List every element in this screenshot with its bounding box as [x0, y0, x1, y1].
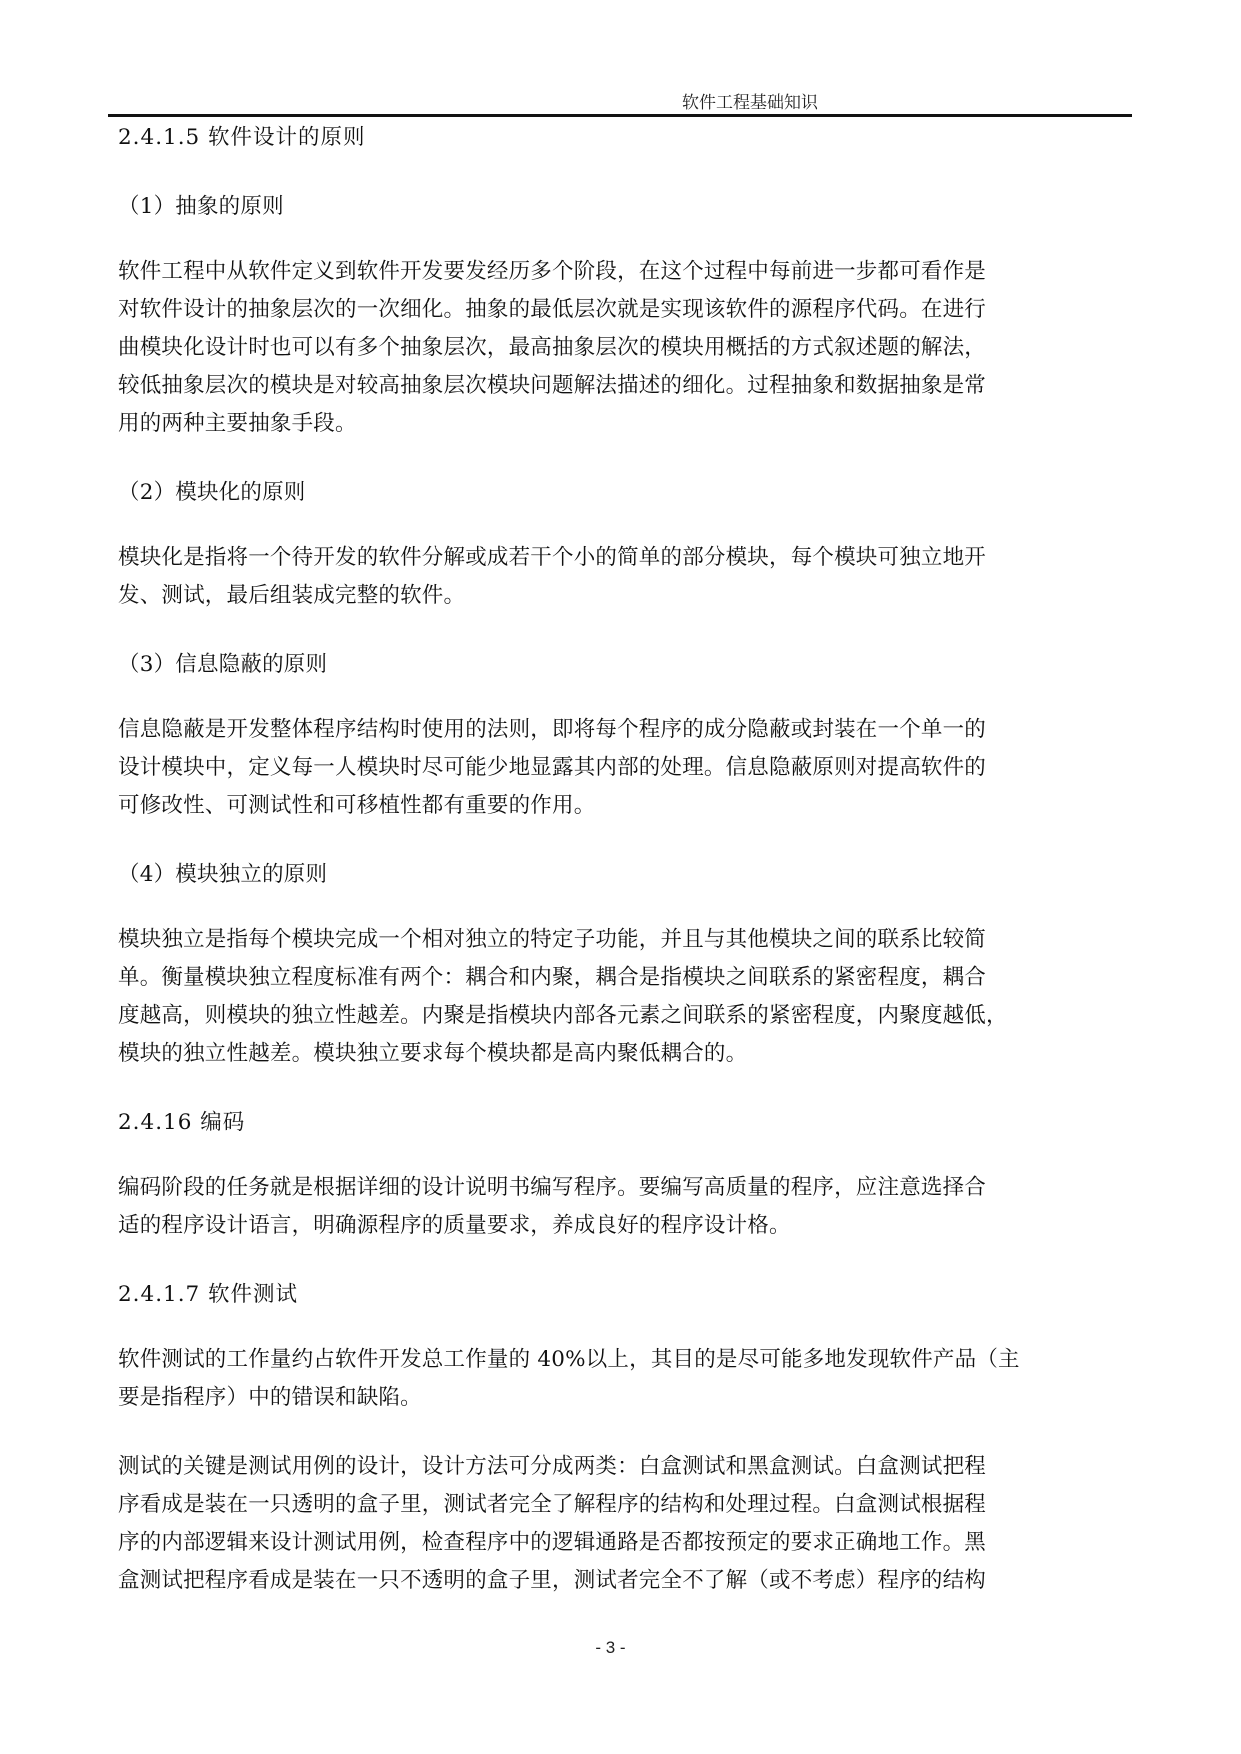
paragraph-line: 模块化是指将一个待开发的软件分解或成若干个小的简单的部分模块，每个模块可独立地开	[118, 543, 986, 573]
subheading-information-hiding: （3）信息隐蔽的原则	[118, 650, 327, 680]
paragraph-line: 设计模块中，定义每一人模块时尽可能少地显露其内部的处理。信息隐蔽原则对提高软件的	[118, 753, 986, 783]
page-number: - 3 -	[595, 1638, 625, 1658]
page-footer: - 3 -	[0, 1638, 1241, 1658]
paragraph-line: 发、测试，最后组装成完整的软件。	[118, 581, 465, 611]
paragraph-line: 度越高，则模块的独立性越差。内聚是指模块内部各元素之间联系的紧密程度，内聚度越低…	[118, 1001, 1008, 1031]
paragraph-line: 用的两种主要抽象手段。	[118, 409, 357, 439]
header-title: 软件工程基础知识	[682, 88, 818, 113]
paragraph-line: 软件测试的工作量约占软件开发总工作量的 40%以上，其目的是尽可能多地发现软件产…	[118, 1345, 1020, 1375]
paragraph-line: 软件工程中从软件定义到软件开发要发经历多个阶段，在这个过程中每前进一步都可看作是	[118, 257, 986, 287]
subheading-modularity: （2）模块化的原则	[118, 478, 305, 508]
paragraph-line: 要是指程序）中的错误和缺陷。	[118, 1383, 422, 1413]
paragraph-line: 信息隐蔽是开发整体程序结构时使用的法则，即将每个程序的成分隐蔽或封装在一个单一的	[118, 715, 986, 745]
paragraph-line: 模块的独立性越差。模块独立要求每个模块都是高内聚低耦合的。	[118, 1039, 747, 1069]
header-divider	[108, 114, 1132, 117]
section-heading-2-4-16: 2.4.16 编码	[118, 1108, 245, 1138]
subheading-abstraction: （1）抽象的原则	[118, 192, 284, 222]
paragraph-line: 编码阶段的任务就是根据详细的设计说明书编写程序。要编写高质量的程序，应注意选择合	[118, 1173, 986, 1203]
paragraph-line: 可修改性、可测试性和可移植性都有重要的作用。	[118, 791, 595, 821]
section-heading-2-4-1-7: 2.4.1.7 软件测试	[118, 1280, 298, 1310]
paragraph-line: 盒测试把程序看成是装在一只不透明的盒子里，测试者完全不了解（或不考虑）程序的结构	[118, 1566, 986, 1596]
paragraph-line: 曲模块化设计时也可以有多个抽象层次，最高抽象层次的模块用概括的方式叙述题的解法，	[118, 333, 986, 363]
running-header: 软件工程基础知识	[0, 88, 1124, 113]
paragraph-line: 对软件设计的抽象层次的一次细化。抽象的最低层次就是实现该软件的源程序代码。在进行	[118, 295, 986, 325]
paragraph-line: 适的程序设计语言，明确源程序的质量要求，养成良好的程序设计格。	[118, 1211, 791, 1241]
section-heading-2-4-1-5: 2.4.1.5 软件设计的原则	[118, 123, 366, 153]
paragraph-line: 测试的关键是测试用例的设计，设计方法可分成两类：白盒测试和黑盒测试。白盒测试把程	[118, 1452, 986, 1482]
paragraph-line: 序看成是装在一只透明的盒子里，测试者完全了解程序的结构和处理过程。白盒测试根据程	[118, 1490, 986, 1520]
subheading-module-independence: （4）模块独立的原则	[118, 860, 327, 890]
paragraph-line: 单。衡量模块独立程度标准有两个：耦合和内聚，耦合是指模块之间联系的紧密程度，耦合	[118, 963, 986, 993]
paragraph-line: 序的内部逻辑来设计测试用例，检查程序中的逻辑通路是否都按预定的要求正确地工作。黑	[118, 1528, 986, 1558]
paragraph-line: 较低抽象层次的模块是对较高抽象层次模块问题解法描述的细化。过程抽象和数据抽象是常	[118, 371, 986, 401]
paragraph-line: 模块独立是指每个模块完成一个相对独立的特定子功能，并且与其他模块之间的联系比较简	[118, 925, 986, 955]
